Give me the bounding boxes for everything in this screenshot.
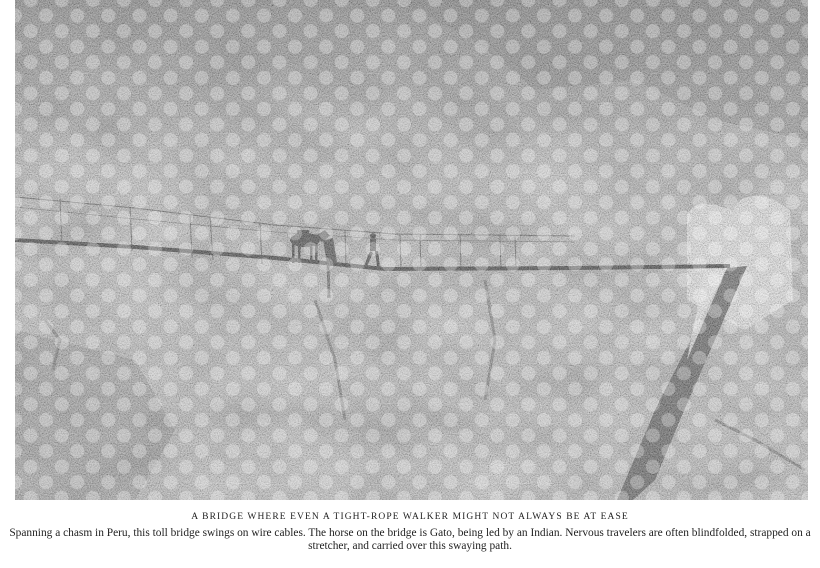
- caption-body: Spanning a chasm in Peru, this toll brid…: [6, 527, 814, 553]
- caption-title: A Bridge Where Even a Tight-Rope Walker …: [0, 512, 820, 522]
- bridge-photograph: [15, 0, 808, 500]
